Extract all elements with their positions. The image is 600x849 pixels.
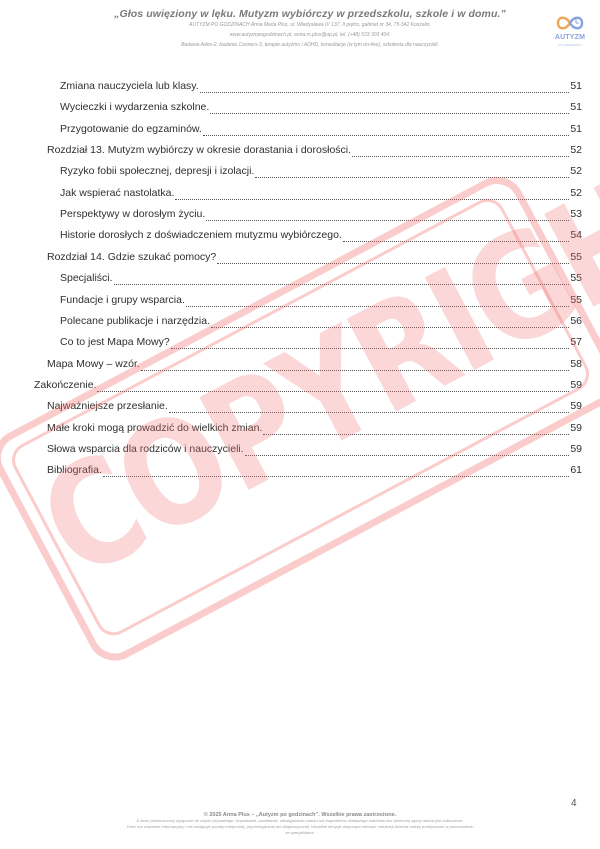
toc-entry-page: 52 <box>570 187 582 199</box>
toc-entry-page: 51 <box>570 123 582 135</box>
toc-entry[interactable]: Historie dorosłych z doświadczeniem muty… <box>60 229 582 247</box>
toc-entry-page: 51 <box>570 101 582 113</box>
dot-leader <box>175 199 569 200</box>
toc-entry-label: Jak wspierać nastolatka. <box>60 187 174 199</box>
document-header: „Głos uwięziony w lęku. Mutyzm wybiórczy… <box>90 8 530 50</box>
toc-entry-label: Co to jest Mapa Mowy? <box>60 336 170 348</box>
toc-entry-label: Najważniejsze przesłanie. <box>47 400 168 412</box>
logo-wordmark: AUTYZM <box>550 34 590 41</box>
toc-entry-page: 61 <box>570 464 582 476</box>
dot-leader <box>97 391 569 392</box>
toc-entry-label: Specjaliści. <box>60 272 113 284</box>
toc-entry-page: 57 <box>570 336 582 348</box>
page-number: 4 <box>571 798 577 809</box>
dot-leader <box>103 476 569 477</box>
toc-entry-page: 52 <box>570 165 582 177</box>
toc-entry-page: 55 <box>570 294 582 306</box>
toc-entry-label: Mapa Mowy – wzór. <box>47 358 140 370</box>
toc-entry[interactable]: Rozdział 13. Mutyzm wybiórczy w okresie … <box>47 144 582 162</box>
document-footer: © 2025 Anna Plus – „Autyzm po godzinach”… <box>40 812 560 836</box>
dot-leader <box>206 220 569 221</box>
dot-leader <box>169 412 570 413</box>
dot-leader <box>200 92 570 93</box>
toc-entry-label: Polecane publikacje i narzędzia. <box>60 315 210 327</box>
dot-leader <box>203 135 569 136</box>
dot-leader <box>171 348 570 349</box>
toc-entry-page: 59 <box>570 379 582 391</box>
header-contact: www.autyzmpogodzinach.pl, anna.m.plus@op… <box>90 31 530 40</box>
toc-entry-label: Przygotowanie do egzaminów. <box>60 123 202 135</box>
toc-entry[interactable]: Zakończenie.59 <box>34 379 582 397</box>
toc-entry-page: 55 <box>570 251 582 263</box>
toc-entry-label: Zmiana nauczyciela lub klasy. <box>60 80 199 92</box>
toc-entry[interactable]: Zmiana nauczyciela lub klasy.51 <box>60 80 582 98</box>
dot-leader <box>210 113 569 114</box>
toc-entry-label: Zakończenie. <box>34 379 96 391</box>
dot-leader <box>343 241 569 242</box>
dot-leader <box>114 284 570 285</box>
toc-entry-page: 51 <box>570 80 582 92</box>
logo-subtitle: PO GODZINACH <box>552 43 588 47</box>
dot-leader <box>211 327 569 328</box>
header-address: AUTYZM PO GODZINACH Anna Maria Plus, ul.… <box>90 21 530 30</box>
toc-entry-page: 59 <box>570 443 582 455</box>
toc-entry-page: 59 <box>570 422 582 434</box>
toc-entry[interactable]: Co to jest Mapa Mowy?57 <box>60 336 582 354</box>
toc-entry-page: 53 <box>570 208 582 220</box>
toc-entry[interactable]: Jak wspierać nastolatka.52 <box>60 187 582 205</box>
toc-entry-page: 56 <box>570 315 582 327</box>
dot-leader <box>255 177 569 178</box>
toc-entry[interactable]: Przygotowanie do egzaminów.51 <box>60 123 582 141</box>
toc-entry-label: Historie dorosłych z doświadczeniem muty… <box>60 229 342 241</box>
toc-entry-label: Słowa wsparcia dla rodziców i nauczyciel… <box>47 443 244 455</box>
footer-disclaimer-3: ze specjalistami. <box>40 830 560 836</box>
toc-entry-page: 59 <box>570 400 582 412</box>
dot-leader <box>352 156 569 157</box>
toc-entry[interactable]: Specjaliści.55 <box>60 272 582 290</box>
toc-entry-label: Ryzyko fobii społecznej, depresji i izol… <box>60 165 254 177</box>
toc-entry-page: 55 <box>570 272 582 284</box>
dot-leader <box>245 455 570 456</box>
toc-entry[interactable]: Perspektywy w dorosłym życiu.53 <box>60 208 582 226</box>
toc-entry-label: Bibliografia. <box>47 464 102 476</box>
toc-entry[interactable]: Fundacje i grupy wsparcia.55 <box>60 294 582 312</box>
dot-leader <box>217 263 569 264</box>
book-title: „Głos uwięziony w lęku. Mutyzm wybiórczy… <box>90 8 530 20</box>
toc-entry-page: 52 <box>570 144 582 156</box>
toc-entry[interactable]: Wycieczki i wydarzenia szkolne.51 <box>60 101 582 119</box>
brand-logo: AUTYZM PO GODZINACH <box>550 14 590 50</box>
toc-entry[interactable]: Polecane publikacje i narzędzia.56 <box>60 315 582 333</box>
toc-entry-label: Fundacje i grupy wsparcia. <box>60 294 185 306</box>
toc-entry[interactable]: Bibliografia.61 <box>47 464 582 482</box>
toc-entry-label: Wycieczki i wydarzenia szkolne. <box>60 101 209 113</box>
toc-entry-label: Rozdział 13. Mutyzm wybiórczy w okresie … <box>47 144 351 156</box>
toc-entry[interactable]: Ryzyko fobii społecznej, depresji i izol… <box>60 165 582 183</box>
dot-leader <box>186 306 569 307</box>
dot-leader <box>141 370 570 371</box>
header-services: Badania Ados-2, badania Conners-3, terap… <box>90 41 530 50</box>
toc-entry-page: 58 <box>570 358 582 370</box>
toc-entry-label: Rozdział 14. Gdzie szukać pomocy? <box>47 251 216 263</box>
toc-entry[interactable]: Mapa Mowy – wzór.58 <box>47 358 582 376</box>
dot-leader <box>263 434 569 435</box>
toc-entry[interactable]: Najważniejsze przesłanie.59 <box>47 400 582 418</box>
toc-entry-page: 54 <box>570 229 582 241</box>
infinity-clock-icon <box>554 14 586 32</box>
toc-entry-label: Perspektywy w dorosłym życiu. <box>60 208 205 220</box>
toc-entry-label: Małe kroki mogą prowadzić do wielkich zm… <box>47 422 262 434</box>
toc-entry[interactable]: Małe kroki mogą prowadzić do wielkich zm… <box>47 422 582 440</box>
toc-entry[interactable]: Słowa wsparcia dla rodziców i nauczyciel… <box>47 443 582 461</box>
toc-entry[interactable]: Rozdział 14. Gdzie szukać pomocy?55 <box>47 251 582 269</box>
